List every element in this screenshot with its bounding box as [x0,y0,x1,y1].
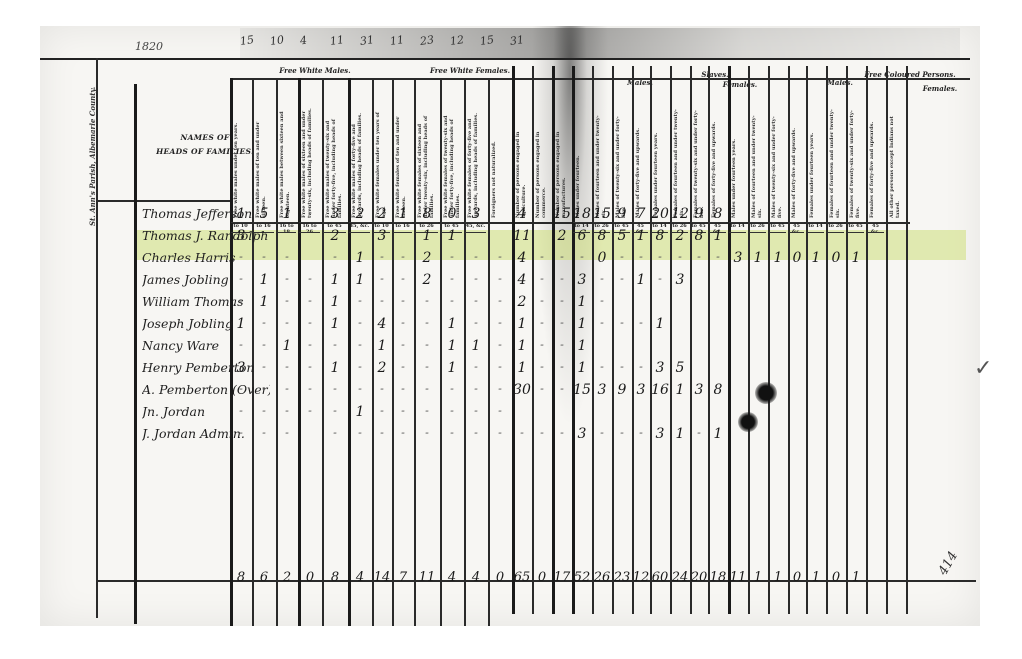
table-cell: 11 [512,228,532,250]
table-cell: 2 [372,360,392,382]
table-cell: 1 [512,316,532,338]
table-cell: - [230,382,252,404]
table-cell: 16 [650,382,670,404]
table-cell: - [276,404,298,426]
top-rule [40,58,970,60]
table-cell: 1 [512,360,532,382]
table-cell: 8 [414,206,440,228]
table-cell: 0 [826,250,846,272]
table-cell: - [464,272,488,294]
total-cell: 11 [728,570,748,590]
table-cell: - [230,404,252,426]
column-age-label: to 26 [827,222,844,233]
table-cell: 4 [512,272,532,294]
table-cell: 1 [464,338,488,360]
table-cell: - [230,426,252,448]
table-cell: 1 [276,206,298,228]
total-cell: 17 [552,570,572,590]
column-age-label: to 45 [769,222,786,233]
table-cell: - [252,316,276,338]
table-cell: 2 [348,206,372,228]
table-cell: - [230,294,252,316]
left-border [96,58,98,618]
table-cell: - [512,426,532,448]
table-cell: - [230,338,252,360]
column-rule [612,66,614,614]
table-cell: 1 [322,316,348,338]
column-header: Free white males under ten years. [233,106,250,218]
table-cell: 3 [670,272,690,294]
column-header: All other persons except Indians not tax… [889,106,904,218]
tally-number: 23 [419,33,435,48]
table-cell: - [298,206,322,228]
column-header: Males of fourteen and under twenty-six. [751,106,766,218]
table-cell: 3 [464,206,488,228]
table-cell: - [276,294,298,316]
table-cell: - [532,382,552,404]
column-header: Free white females of forty-five and upw… [467,106,486,218]
table-cell: 3 [322,206,348,228]
table-cell: - [612,272,632,294]
total-cell: 0 [298,570,322,590]
column-rule [708,66,710,614]
table-cell: 1 [670,382,690,404]
column-header: Free white males of sixteen and under tw… [301,106,320,218]
table-cell: - [552,382,572,404]
table-cell: - [414,316,440,338]
table-cell: 4 [512,206,532,228]
table-cell: - [276,360,298,382]
column-age-label: to 45 [847,222,864,233]
total-cell: 65 [512,570,532,590]
table-cell: - [464,382,488,404]
table-cell: - [252,426,276,448]
table-cell: 6 [572,228,592,250]
table-cell: 1 [572,338,592,360]
table-cell: 12 [670,206,690,228]
column-header: Free white males of ten and under sixtee… [255,106,274,218]
table-cell: - [572,250,592,272]
table-cell: 2 [552,228,572,250]
table-cell: - [552,426,572,448]
total-cell: 0 [488,570,512,590]
table-cell: - [488,404,512,426]
table-cell: - [414,360,440,382]
table-cell: - [298,338,322,360]
column-rule [690,66,692,614]
column-header: Males under fourteen years. [731,106,746,218]
table-cell: - [230,272,252,294]
table-cell: - [322,426,348,448]
table-cell: - [348,426,372,448]
table-cell: 3 [230,360,252,382]
table-cell: 1 [276,338,298,360]
total-cell: 7 [392,570,414,590]
table-cell: 1 [806,250,826,272]
table-cell: 2 [414,250,440,272]
table-cell: - [298,272,322,294]
table-cell: - [488,250,512,272]
column-rule [906,66,908,614]
tally-number: 15 [239,33,255,48]
table-cell: - [440,426,464,448]
table-cell: - [276,272,298,294]
table-cell: - [440,404,464,426]
column-age-label: to 14 [729,222,746,233]
table-cell: - [650,250,670,272]
column-header: Males under fourteen. [575,106,590,218]
table-cell: - [348,294,372,316]
table-cell: 1 [322,360,348,382]
total-cell: 4 [440,570,464,590]
table-cell: - [552,250,572,272]
table-cell: - [650,272,670,294]
names-header: NAMES OF HEADS OF FAMILIES. [140,131,270,159]
column-header: Free white females of ten and under sixt… [395,106,412,218]
table-cell: 1 [768,250,788,272]
table-cell: - [392,404,414,426]
table-cell: 18 [572,206,592,228]
table-cell: - [488,316,512,338]
column-rule [826,66,828,614]
total-cell: 0 [532,570,552,590]
table-cell: - [372,250,392,272]
table-cell: 3 [572,272,592,294]
table-cell: 1 [748,250,768,272]
tally-number: 11 [329,33,345,48]
table-cell: 3 [572,426,592,448]
table-cell: - [276,426,298,448]
table-cell: 1 [252,294,276,316]
table-cell: - [632,426,650,448]
table-cell: 1 [650,316,670,338]
table-cell: - [632,250,650,272]
column-rule [592,66,594,614]
group-free-white-males: Free White Males. [230,66,400,75]
total-cell: 4 [348,570,372,590]
table-cell: - [298,294,322,316]
table-cell: 1 [440,316,464,338]
table-cell: - [252,250,276,272]
table-cell: - [464,404,488,426]
column-header: Females of fourteen and under twenty-six… [673,106,688,218]
table-cell: - [322,338,348,360]
total-cell: 11 [414,570,440,590]
table-cell: 1 [348,272,372,294]
table-cell: - [632,360,650,382]
ink-blot [755,382,777,404]
names-header-line2: HEADS OF FAMILIES. [140,145,270,159]
column-header: Free white males between sixteen and eig… [279,106,296,218]
table-cell: - [414,382,440,404]
table-cell: - [252,404,276,426]
column-header: Number of persons engaged in commerce. [535,106,550,218]
column-header: Females of twenty-six and under forty-fi… [849,106,864,218]
column-header: Foreigners not naturalized. [491,106,510,218]
table-cell: - [298,382,322,404]
table-cell: - [488,272,512,294]
table-cell: 15 [592,206,612,228]
total-cell: 1 [806,570,826,590]
table-cell: - [488,360,512,382]
total-cell: 1 [748,570,768,590]
table-cell: - [612,360,632,382]
column-header: Females under fourteen years. [653,106,668,218]
table-cell: - [348,382,372,404]
column-header: Males of fourteen and under twenty-six. [595,106,610,218]
table-cell: - [276,382,298,404]
table-cell: 15 [552,206,572,228]
table-cell: 7 [632,206,650,228]
table-cell: 3 [690,382,708,404]
table-cell: 4 [372,316,392,338]
check-mark-icon: ✓ [974,356,992,381]
total-cell: 20 [690,570,708,590]
table-cell: - [440,294,464,316]
column-rule [886,66,888,614]
table-cell: - [612,316,632,338]
names-border [134,84,137,624]
names-header-line1: NAMES OF [140,131,270,145]
table-cell: 1 [708,426,728,448]
table-cell: 8 [708,206,728,228]
total-cell: 1 [768,570,788,590]
table-cell: 1 [392,206,414,228]
table-cell: - [392,294,414,316]
table-cell: - [372,382,392,404]
table-cell: - [322,250,348,272]
table-cell: 1 [512,338,532,360]
table-cell: 1 [230,206,252,228]
table-cell: 1 [440,338,464,360]
table-cell: - [708,250,728,272]
table-cell: - [230,250,252,272]
table-cell: 1 [572,316,592,338]
table-cell: 8 [690,228,708,250]
table-cell: 3 [728,250,748,272]
table-cell: - [552,360,572,382]
table-cell: - [464,426,488,448]
column-header: Males of twenty-six and under forty-five… [771,106,786,218]
table-cell: - [552,338,572,360]
table-cell: - [532,338,552,360]
table-cell: - [440,272,464,294]
column-header: Number of persons engaged in agriculture… [515,106,530,218]
total-cell: 18 [708,570,728,590]
column-rule [748,66,750,614]
column-header: Males of twenty-six and under forty-five… [615,106,630,218]
table-cell: - [322,382,348,404]
table-cell: - [440,382,464,404]
table-cell: - [532,250,552,272]
table-cell: 5 [252,206,276,228]
column-rule [846,66,848,614]
column-header: Females of twenty-six and under forty-fi… [693,106,706,218]
table-cell: - [276,316,298,338]
table-cell: - [464,360,488,382]
total-cell: 26 [592,570,612,590]
table-cell: 0 [440,206,464,228]
table-cell: 1 [572,294,592,316]
table-cell: 2 [670,228,690,250]
table-cell: - [392,338,414,360]
names-rule [96,200,230,202]
top-tally-strip [240,28,960,58]
tally-number: 15 [479,33,495,48]
column-header: Free white females under ten years of ag… [375,106,390,218]
tally-number: 31 [509,33,525,48]
column-age-label: to 26 [749,222,766,233]
table-cell: - [440,250,464,272]
column-header: Free white males of forty-five and upwar… [351,106,370,218]
table-cell: - [592,294,612,316]
table-cell: - [298,316,322,338]
table-cell: - [488,338,512,360]
table-cell: - [464,250,488,272]
table-cell: - [372,404,392,426]
column-header: Females of fourteen and under twenty-six… [829,106,844,218]
county-label: St. Ann's Parish, Albemarle County. [88,86,102,226]
table-cell: 1 [348,404,372,426]
table-cell: - [348,360,372,382]
table-cell: 3 [650,426,670,448]
table-cell: 1 [372,338,392,360]
table-cell: - [276,250,298,272]
table-cell: - [552,316,572,338]
table-cell: - [632,316,650,338]
total-cell: 23 [612,570,632,590]
table-cell: 1 [230,316,252,338]
column-rule [650,66,652,614]
table-cell: - [392,360,414,382]
table-cell: - [372,294,392,316]
table-cell: - [592,360,612,382]
tally-number: 31 [359,33,375,48]
table-cell: 0 [592,250,612,272]
table-cell: - [298,404,322,426]
ink-blot [738,412,758,432]
table-cell: 9 [690,206,708,228]
table-cell: - [488,426,512,448]
total-cell: 12 [632,570,650,590]
table-cell: - [532,360,552,382]
table-cell: 15 [572,382,592,404]
table-cell: 5 [612,228,632,250]
total-cell: 2 [276,570,298,590]
table-cell: - [414,338,440,360]
table-cell: - [464,316,488,338]
column-age-label: 45 &c. [867,222,884,233]
table-cell: 9 [612,382,632,404]
table-cell: 3 [372,228,392,250]
census-year: 1820 [135,40,163,53]
table-cell: - [392,250,414,272]
table-cell: - [414,404,440,426]
total-cell: 1 [846,570,866,590]
group-free-coloured-females: Females. [900,84,980,93]
table-cell: - [670,250,690,272]
table-cell: 30 [512,382,532,404]
total-cell: 4 [464,570,488,590]
table-cell: - [414,294,440,316]
table-cell: - [392,272,414,294]
table-cell: - [348,338,372,360]
total-cell: 24 [670,570,690,590]
table-cell: - [690,250,708,272]
column-header: Number of persons engaged in manufacture… [555,106,570,218]
table-cell: 9 [612,206,632,228]
table-cell: 2 [322,228,348,250]
table-cell: 2 [512,294,532,316]
total-cell: 8 [322,570,348,590]
table-cell: - [372,272,392,294]
column-rule [670,66,672,614]
table-cell: - [532,294,552,316]
group-rule [230,78,970,80]
table-cell: - [252,338,276,360]
table-cell: - [592,316,612,338]
column-header: Females under fourteen years. [809,106,824,218]
table-cell: - [348,316,372,338]
table-cell: 1 [440,228,464,250]
table-cell: 1 [252,272,276,294]
table-cell: 8 [592,228,612,250]
column-rule [632,66,634,614]
table-cell: 1 [414,228,440,250]
table-cell: - [252,382,276,404]
table-cell: - [322,404,348,426]
table-cell: 1 [708,228,728,250]
column-header: Free white males of twenty-six and under… [325,106,346,218]
table-cell: - [612,250,632,272]
table-cell: 3 [632,382,650,404]
table-cell: - [392,426,414,448]
table-cell: 1 [322,294,348,316]
table-cell: 0 [788,250,806,272]
table-cell: 4 [512,250,532,272]
table-cell: 2 [414,272,440,294]
column-header: Free white females of sixteen and under … [417,106,438,218]
table-cell: 8 [650,228,670,250]
tally-number: 11 [389,33,405,48]
page-number: 414 [936,549,961,578]
total-cell: 52 [572,570,592,590]
table-cell: 1 [322,272,348,294]
table-cell: 1 [846,250,866,272]
column-header: Females of forty-five and upwards. [711,106,726,218]
table-cell: - [552,294,572,316]
table-cell: 3 [592,382,612,404]
table-cell: - [552,272,572,294]
table-cell: - [414,426,440,448]
tally-number: 12 [449,33,465,48]
table-cell: - [612,426,632,448]
column-rule [768,66,770,614]
column-header: Males of forty-five and upwards. [635,106,648,218]
total-cell: 60 [650,570,670,590]
table-cell: - [592,426,612,448]
column-age-label: to 14 [807,222,824,233]
total-cell: 6 [252,570,276,590]
table-cell: - [690,426,708,448]
column-header: Males of forty-five and upwards. [791,106,804,218]
table-cell: 20 [650,206,670,228]
total-cell: 0 [826,570,846,590]
table-cell: 1 [632,228,650,250]
table-cell: - [592,272,612,294]
table-cell: - [532,272,552,294]
census-page: 1820 St. Ann's Parish, Albemarle County.… [40,26,980,626]
